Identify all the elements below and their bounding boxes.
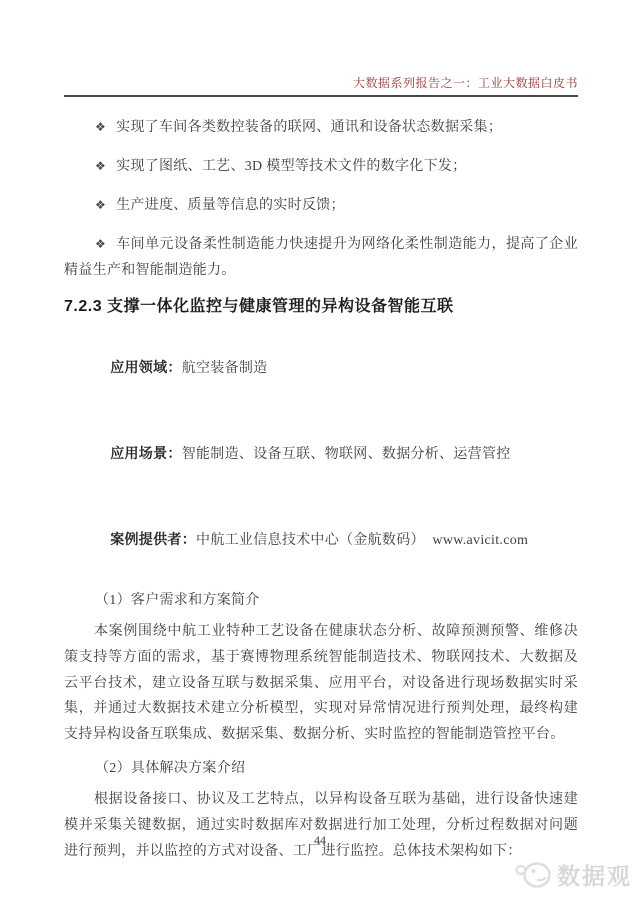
subsection-heading-1: （1）客户需求和方案简介 [95, 588, 578, 614]
watermark: 数据观 [514, 858, 632, 895]
document-page: { "header": { "title": "大数据系列报告之一：工业大数据白… [0, 0, 640, 905]
bullet-text: 实现了图纸、工艺、3D 模型等技术文件的数字化下发； [116, 159, 466, 174]
meta-row-application-scenario: 应用场景：智能制造、设备互联、物联网、数据分析、运营管控 [95, 416, 578, 494]
paragraph: 本案例围绕中航工业特种工艺设备在健康状态分析、故障预测预警、维修决策支持等方面的… [64, 619, 578, 748]
section-heading: 7.2.3 支撑一体化监控与健康管理的异构设备智能互联 [64, 296, 578, 318]
shuju-guan-logo-icon [514, 858, 552, 895]
bullet-text: 车间单元设备柔性制造能力快速提升为网络化柔性制造能力，提高了企业精益生产和智能制… [64, 237, 578, 278]
page-header: 大数据系列报告之一：工业大数据白皮书 [64, 76, 578, 97]
meta-label: 案例提供者： [110, 533, 196, 548]
bullet-text: 实现了车间各类数控装备的联网、通讯和设备状态数据采集； [116, 120, 502, 135]
page-number: 44 [0, 833, 640, 848]
meta-value: 中航工业信息技术中心（金航数码） www.avicit.com [196, 533, 528, 548]
meta-row-case-provider: 案例提供者：中航工业信息技术中心（金航数码） www.avicit.com [95, 502, 578, 580]
diamond-bullet-icon: ❖ [95, 198, 106, 212]
meta-row-application-field: 应用领域：航空装备制造 [95, 330, 578, 408]
bullet-item: ❖生产进度、质量等信息的实时反馈； [64, 192, 578, 219]
diamond-bullet-icon: ❖ [95, 120, 106, 134]
bullet-item: ❖实现了车间各类数控装备的联网、通讯和设备状态数据采集； [64, 114, 578, 141]
diamond-bullet-icon: ❖ [95, 159, 106, 173]
bullet-item: ❖车间单元设备柔性制造能力快速提升为网络化柔性制造能力，提高了企业精益生产和智能… [64, 231, 578, 284]
diamond-bullet-icon: ❖ [95, 237, 106, 251]
meta-value: 智能制造、设备互联、物联网、数据分析、运营管控 [182, 447, 511, 462]
meta-label: 应用场景： [110, 447, 182, 462]
watermark-text: 数据观 [557, 861, 632, 893]
bullet-list: ❖实现了车间各类数控装备的联网、通讯和设备状态数据采集； ❖实现了图纸、工艺、3… [64, 114, 578, 284]
bullet-item: ❖实现了图纸、工艺、3D 模型等技术文件的数字化下发； [64, 153, 578, 180]
meta-value: 航空装备制造 [182, 361, 268, 376]
page-content: 大数据系列报告之一：工业大数据白皮书 ❖实现了车间各类数控装备的联网、通讯和设备… [64, 76, 578, 864]
meta-label: 应用领域： [110, 361, 182, 376]
subsection-heading-2: （2）具体解决方案介绍 [95, 756, 578, 782]
paragraph: 根据设备接口、协议及工艺特点，以异构设备互联为基础，进行设备快速建模并采集关键数… [64, 787, 578, 864]
bullet-text: 生产进度、质量等信息的实时反馈； [116, 198, 345, 213]
header-title: 大数据系列报告之一：工业大数据白皮书 [64, 76, 578, 90]
